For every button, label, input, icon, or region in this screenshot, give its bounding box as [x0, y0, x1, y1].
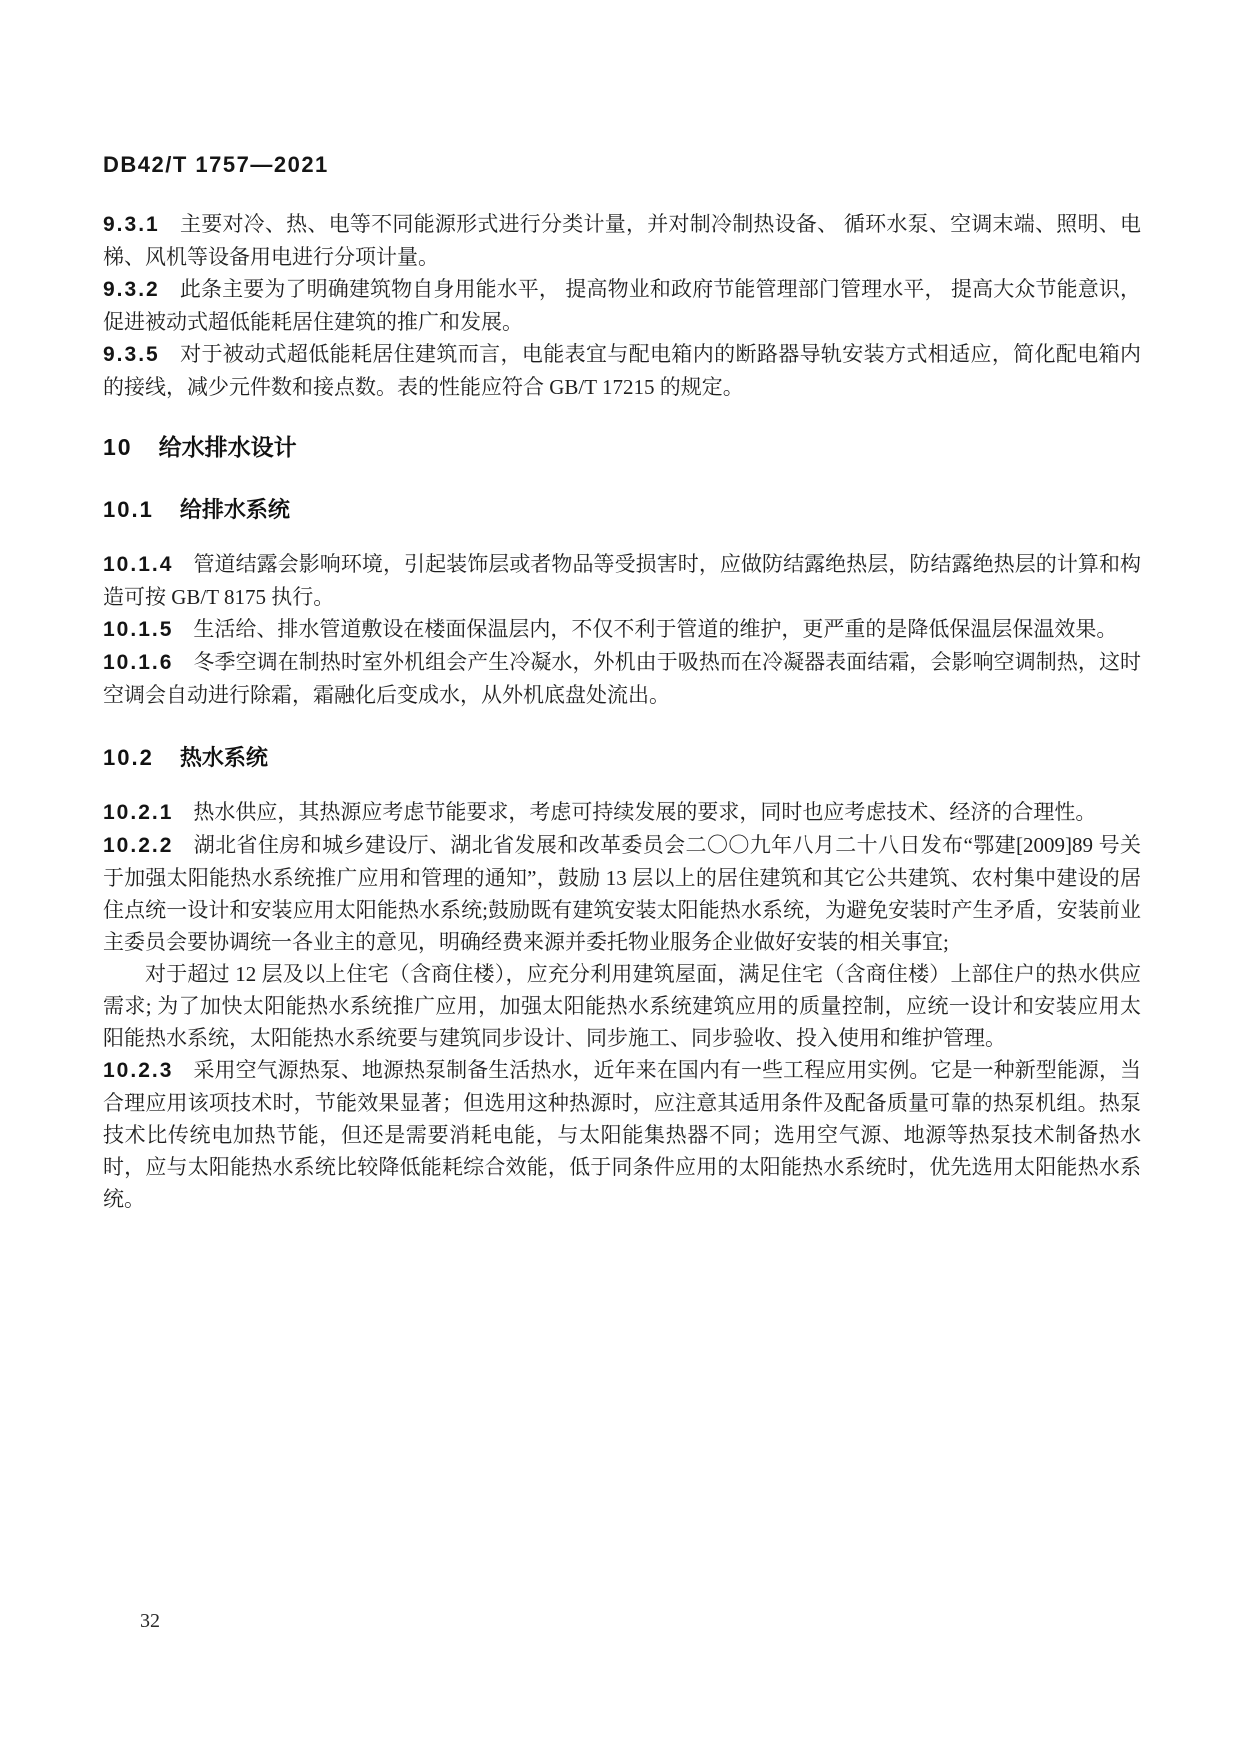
- document-page: DB42/T 1757—2021 9.3.1主要对冷、热、电等不同能源形式进行分…: [0, 0, 1241, 1754]
- section-heading-10: 10给水排水设计: [103, 431, 1141, 463]
- section-heading-10-2: 10.2热水系统: [103, 742, 1141, 774]
- section-number: 10: [103, 434, 133, 460]
- clause-number: 9.3.1: [103, 213, 160, 236]
- clause-10-2-2: 10.2.2湖北省住房和城乡建设厅、湖北省发展和改革委员会二〇〇九年八月二十八日…: [103, 829, 1141, 958]
- clause-number: 10.2.1: [103, 801, 173, 824]
- clause-number: 10.1.4: [103, 553, 173, 576]
- clause-9-3-5: 9.3.5对于被动式超低能耗居住建筑而言，电能表宜与配电箱内的断路器导轨安装方式…: [103, 338, 1141, 403]
- clause-text: 湖北省住房和城乡建设厅、湖北省发展和改革委员会二〇〇九年八月二十八日发布“鄂建[…: [103, 833, 1141, 954]
- document-content: DB42/T 1757—2021 9.3.1主要对冷、热、电等不同能源形式进行分…: [103, 150, 1141, 1215]
- page-number: 32: [140, 1610, 160, 1633]
- clause-text: 生活给、排水管道敷设在楼面保温层内，不仅不利于管道的维护，更严重的是降低保温层保…: [193, 617, 1117, 641]
- section-title: 给水排水设计: [159, 434, 297, 460]
- clause-9-3-1: 9.3.1主要对冷、热、电等不同能源形式进行分类计量，并对制冷制热设备、 循环水…: [103, 208, 1141, 273]
- standard-code-header: DB42/T 1757—2021: [103, 150, 1141, 180]
- clause-9-3-2: 9.3.2此条主要为了明确建筑物自身用能水平， 提高物业和政府节能管理部门管理水…: [103, 273, 1141, 338]
- clause-number: 10.2.2: [103, 834, 173, 857]
- clause-10-2-3: 10.2.3采用空气源热泵、地源热泵制备生活热水，近年来在国内有一些工程应用实例…: [103, 1054, 1141, 1215]
- clause-text: 此条主要为了明确建筑物自身用能水平， 提高物业和政府节能管理部门管理水平， 提高…: [103, 277, 1141, 334]
- clause-number: 10.2.3: [103, 1059, 173, 1082]
- clause-10-2-1: 10.2.1热水供应，其热源应考虑节能要求，考虑可持续发展的要求，同时也应考虑技…: [103, 796, 1141, 829]
- clause-10-1-5: 10.1.5生活给、排水管道敷设在楼面保温层内，不仅不利于管道的维护，更严重的是…: [103, 613, 1141, 646]
- clause-text: 管道结露会影响环境，引起装饰层或者物品等受损害时，应做防结露绝热层，防结露绝热层…: [103, 552, 1141, 609]
- clause-number: 10.1.6: [103, 651, 173, 674]
- clause-10-1-6: 10.1.6冬季空调在制热时室外机组会产生冷凝水，外机由于吸热而在冷凝器表面结霜…: [103, 646, 1141, 711]
- clause-text: 对于被动式超低能耗居住建筑而言，电能表宜与配电箱内的断路器导轨安装方式相适应，简…: [103, 342, 1141, 399]
- clause-number: 9.3.5: [103, 343, 160, 366]
- clause-text: 热水供应，其热源应考虑节能要求，考虑可持续发展的要求，同时也应考虑技术、经济的合…: [193, 800, 1096, 824]
- section-title: 给排水系统: [180, 497, 290, 522]
- clause-text: 主要对冷、热、电等不同能源形式进行分类计量，并对制冷制热设备、 循环水泵、空调末…: [103, 212, 1141, 269]
- clause-text: 冬季空调在制热时室外机组会产生冷凝水，外机由于吸热而在冷凝器表面结霜，会影响空调…: [103, 650, 1141, 707]
- clause-number: 10.1.5: [103, 618, 173, 641]
- section-title: 热水系统: [180, 745, 268, 770]
- clause-10-1-4: 10.1.4管道结露会影响环境，引起装饰层或者物品等受损害时，应做防结露绝热层，…: [103, 548, 1141, 613]
- clause-text: 采用空气源热泵、地源热泵制备生活热水，近年来在国内有一些工程应用实例。它是一种新…: [103, 1058, 1141, 1211]
- section-heading-10-1: 10.1给排水系统: [103, 494, 1141, 526]
- section-number: 10.2: [103, 745, 154, 770]
- section-number: 10.1: [103, 497, 154, 522]
- clause-number: 9.3.2: [103, 278, 160, 301]
- clause-10-2-2-continuation: 对于超过 12 层及以上住宅（含商住楼），应充分利用建筑屋面，满足住宅（含商住楼…: [103, 958, 1141, 1054]
